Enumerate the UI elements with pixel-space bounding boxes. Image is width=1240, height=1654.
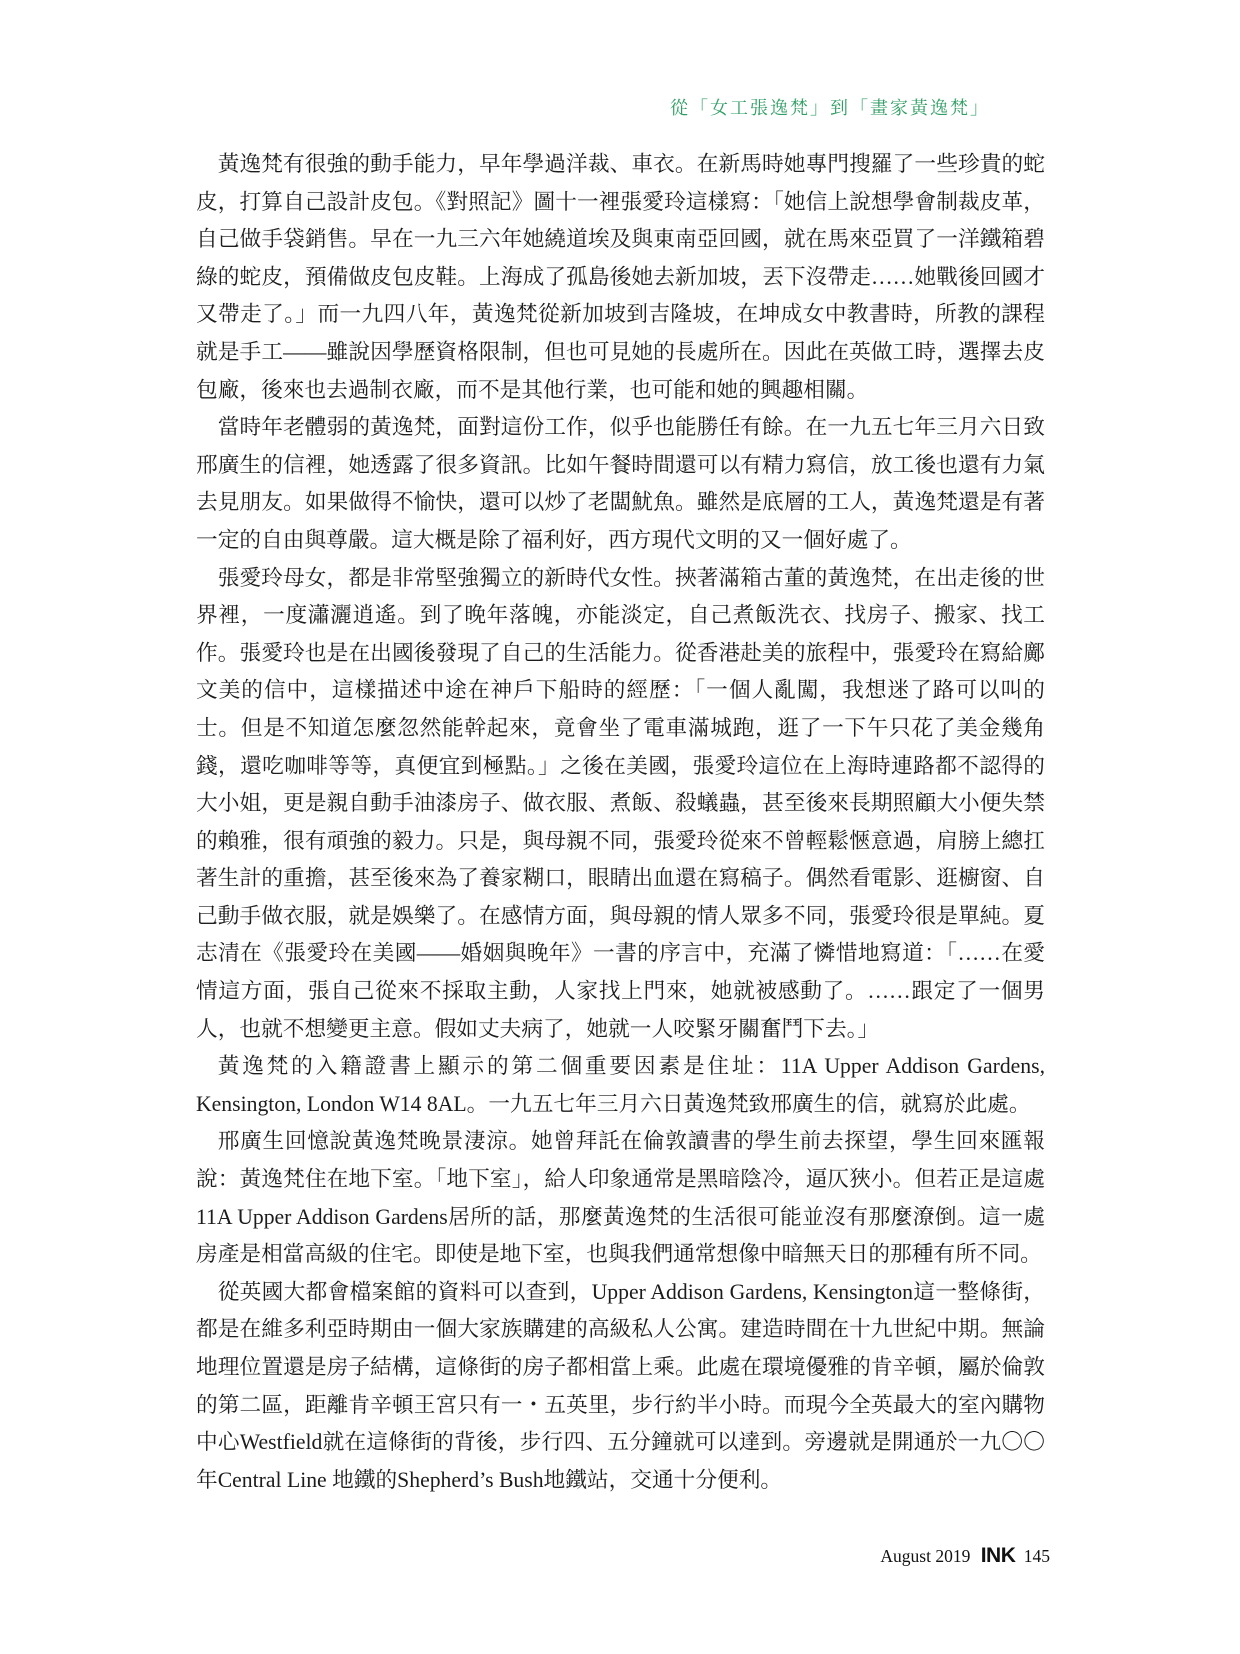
page-number: 145 xyxy=(1024,1546,1050,1566)
magazine-page: 從「女工張逸梵」到「畫家黃逸梵」 黃逸梵有很強的動手能力，早年學過洋裁、車衣。在… xyxy=(0,0,1240,1654)
paragraph: 黃逸梵有很強的動手能力，早年學過洋裁、車衣。在新馬時她專門搜羅了一些珍貴的蛇皮，… xyxy=(196,146,1045,409)
article-body: 黃逸梵有很強的動手能力，早年學過洋裁、車衣。在新馬時她專門搜羅了一些珍貴的蛇皮，… xyxy=(196,146,1045,1499)
paragraph: 邢廣生回憶說黃逸梵晚景淒涼。她曾拜託在倫敦讀書的學生前去探望，學生回來匯報說：黃… xyxy=(196,1123,1045,1273)
running-title: 從「女工張逸梵」到「畫家黃逸梵」 xyxy=(670,94,990,120)
footer-issue-date: August 2019 xyxy=(880,1546,970,1566)
page-footer: August 2019 INK 145 xyxy=(880,1544,1050,1568)
paragraph: 張愛玲母女，都是非常堅強獨立的新時代女性。挾著滿箱古董的黃逸梵，在出走後的世界裡… xyxy=(196,560,1045,1049)
paragraph: 當時年老體弱的黃逸梵，面對這份工作，似乎也能勝任有餘。在一九五七年三月六日致邢廣… xyxy=(196,409,1045,559)
paragraph: 從英國大都會檔案館的資料可以查到，Upper Addison Gardens, … xyxy=(196,1274,1045,1500)
paragraph: 黃逸梵的入籍證書上顯示的第二個重要因素是住址：11A Upper Addison… xyxy=(196,1048,1045,1123)
magazine-logo: INK xyxy=(981,1544,1016,1567)
